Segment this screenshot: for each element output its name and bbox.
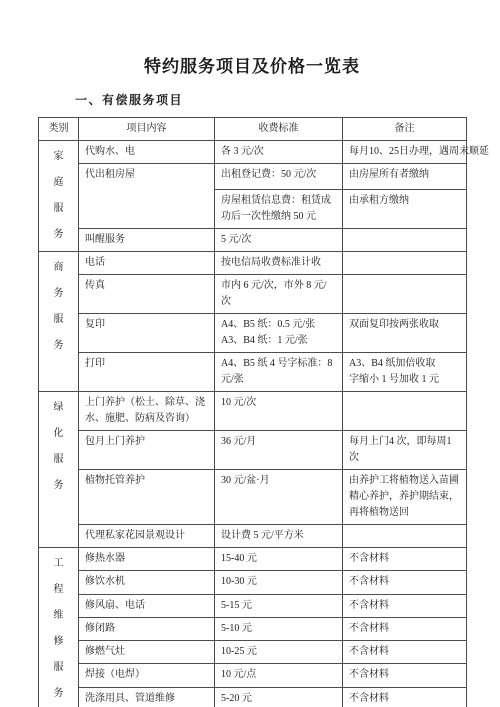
table-row: 焊接（电焊）10 元/点不含材料: [39, 664, 467, 687]
remark-cell: [343, 229, 467, 252]
fee-cell: 10 元/次: [215, 392, 343, 431]
fee-cell: 房屋租赁信息费：租赁成功后一次性缴纳 50 元: [215, 190, 343, 229]
fee-cell: 各 3 元/次: [215, 141, 343, 164]
category-cell: 商务服务: [39, 252, 79, 392]
remark-cell: [343, 392, 467, 431]
fee-cell: 5-20 元: [215, 687, 343, 707]
item-cell: 上门养护（松土、除草、浇水、施肥、防病及咨询）: [79, 392, 215, 431]
fee-cell: 36 元/月: [215, 431, 343, 470]
page-title: 特约服务项目及价格一览表: [38, 55, 466, 79]
remark-cell: 每月10、25日办理，遇周末顺延: [343, 141, 467, 164]
table-row: 包月上门养护36 元/月每月上门4 次，即每周1 次: [39, 431, 467, 470]
remark-cell: [343, 252, 467, 275]
item-cell: 修燃气灶: [79, 641, 215, 664]
remark-cell: A3、B4 纸加倍收取 字缩小 1 号加收 1 元: [343, 353, 467, 392]
category-cell: 家庭服务: [39, 141, 79, 252]
remark-cell: 由养护工将植物送入苗圃精心养护，养护期结束，再将植物送回: [343, 470, 467, 525]
item-cell: 复印: [79, 314, 215, 353]
table-row: 代出租房屋出租登记费：50 元/次由房屋所有者缴纳: [39, 164, 467, 190]
fee-cell: 设计费 5 元/平方米: [215, 525, 343, 548]
remark-cell: 由房屋所有者缴纳: [343, 164, 467, 190]
fee-cell: A4、B5 纸：0.5 元/张 A3、B4 纸：1 元/张: [215, 314, 343, 353]
table-row: 传真市内 6 元/次，市外 8 元/次: [39, 275, 467, 314]
table-row: 叫醒服务5 元/次: [39, 229, 467, 252]
remark-cell: [343, 525, 467, 548]
item-cell: 焊接（电焊）: [79, 664, 215, 687]
table-row: 洗涤用具、管道维修5-20 元不含材料: [39, 687, 467, 707]
fee-cell: 出租登记费：50 元/次: [215, 164, 343, 190]
remark-cell: 不含材料: [343, 548, 467, 571]
item-cell: 打印: [79, 353, 215, 392]
fee-cell: 10 元/点: [215, 664, 343, 687]
fee-cell: 5-15 元: [215, 594, 343, 617]
fee-cell: 5 元/次: [215, 229, 343, 252]
remark-cell: 不含材料: [343, 571, 467, 594]
category-cell: 工程维修服务: [39, 548, 79, 707]
table-row: 工程维修服务修热水器15-40 元不含材料: [39, 548, 467, 571]
col-header-remark: 备注: [343, 118, 467, 141]
item-cell: 包月上门养护: [79, 431, 215, 470]
remark-cell: 每月上门4 次，即每周1 次: [343, 431, 467, 470]
section-subtitle: 一、有偿服务项目: [75, 92, 466, 109]
remark-cell: 不含材料: [343, 641, 467, 664]
fee-cell: 5-10 元: [215, 617, 343, 640]
table-row: 商务服务电话按电信局收费标准计收: [39, 252, 467, 275]
fee-cell: 市内 6 元/次，市外 8 元/次: [215, 275, 343, 314]
table-row: 家庭服务代购水、电各 3 元/次每月10、25日办理，遇周末顺延: [39, 141, 467, 164]
table-row: 修闭路5-10 元不含材料: [39, 617, 467, 640]
remark-cell: 不含材料: [343, 617, 467, 640]
table-row: 植物托管养护30 元/盆·月由养护工将植物送入苗圃精心养护，养护期结束，再将植物…: [39, 470, 467, 525]
remark-cell: [343, 275, 467, 314]
item-cell: 代出租房屋: [79, 164, 215, 229]
table-row: 代理私家花园景观设计设计费 5 元/平方米: [39, 525, 467, 548]
col-header-item: 项目内容: [79, 118, 215, 141]
item-cell: 代理私家花园景观设计: [79, 525, 215, 548]
category-cell: 绿化服务: [39, 392, 79, 548]
fee-cell: 10-30 元: [215, 571, 343, 594]
fee-cell: 10-25 元: [215, 641, 343, 664]
item-cell: 修风扇、电话: [79, 594, 215, 617]
item-cell: 代购水、电: [79, 141, 215, 164]
item-cell: 修热水器: [79, 548, 215, 571]
remark-cell: 不含材料: [343, 664, 467, 687]
item-cell: 修饮水机: [79, 571, 215, 594]
fee-cell: A4、B5 纸 4 号字标准：8 元/张: [215, 353, 343, 392]
table-row: 复印A4、B5 纸：0.5 元/张 A3、B4 纸：1 元/张双面复印按两张收取: [39, 314, 467, 353]
remark-cell: 不含材料: [343, 594, 467, 617]
table-row: 修风扇、电话5-15 元不含材料: [39, 594, 467, 617]
table-header-row: 类别 项目内容 收费标准 备注: [39, 118, 467, 141]
remark-cell: 由承租方缴纳: [343, 190, 467, 229]
item-cell: 电话: [79, 252, 215, 275]
table-row: 修饮水机10-30 元不含材料: [39, 571, 467, 594]
document-page: 特约服务项目及价格一览表 一、有偿服务项目 类别 项目内容 收费标准 备注 家庭…: [0, 0, 500, 707]
table-row: 绿化服务上门养护（松土、除草、浇水、施肥、防病及咨询）10 元/次: [39, 392, 467, 431]
item-cell: 传真: [79, 275, 215, 314]
table-row: 打印A4、B5 纸 4 号字标准：8 元/张A3、B4 纸加倍收取 字缩小 1 …: [39, 353, 467, 392]
category-label: 绿化服务: [53, 395, 64, 499]
category-label: 商务服务: [53, 255, 64, 359]
col-header-category: 类别: [39, 118, 79, 141]
price-table: 类别 项目内容 收费标准 备注 家庭服务代购水、电各 3 元/次每月10、25日…: [38, 117, 467, 707]
item-cell: 修闭路: [79, 617, 215, 640]
category-label: 工程维修服务: [53, 551, 64, 707]
table-row: 修燃气灶10-25 元不含材料: [39, 641, 467, 664]
fee-cell: 30 元/盆·月: [215, 470, 343, 525]
item-cell: 叫醒服务: [79, 229, 215, 252]
fee-cell: 15-40 元: [215, 548, 343, 571]
remark-cell: 双面复印按两张收取: [343, 314, 467, 353]
item-cell: 洗涤用具、管道维修: [79, 687, 215, 707]
remark-cell: 不含材料: [343, 687, 467, 707]
fee-cell: 按电信局收费标准计收: [215, 252, 343, 275]
item-cell: 植物托管养护: [79, 470, 215, 525]
category-label: 家庭服务: [53, 144, 64, 248]
col-header-fee: 收费标准: [215, 118, 343, 141]
